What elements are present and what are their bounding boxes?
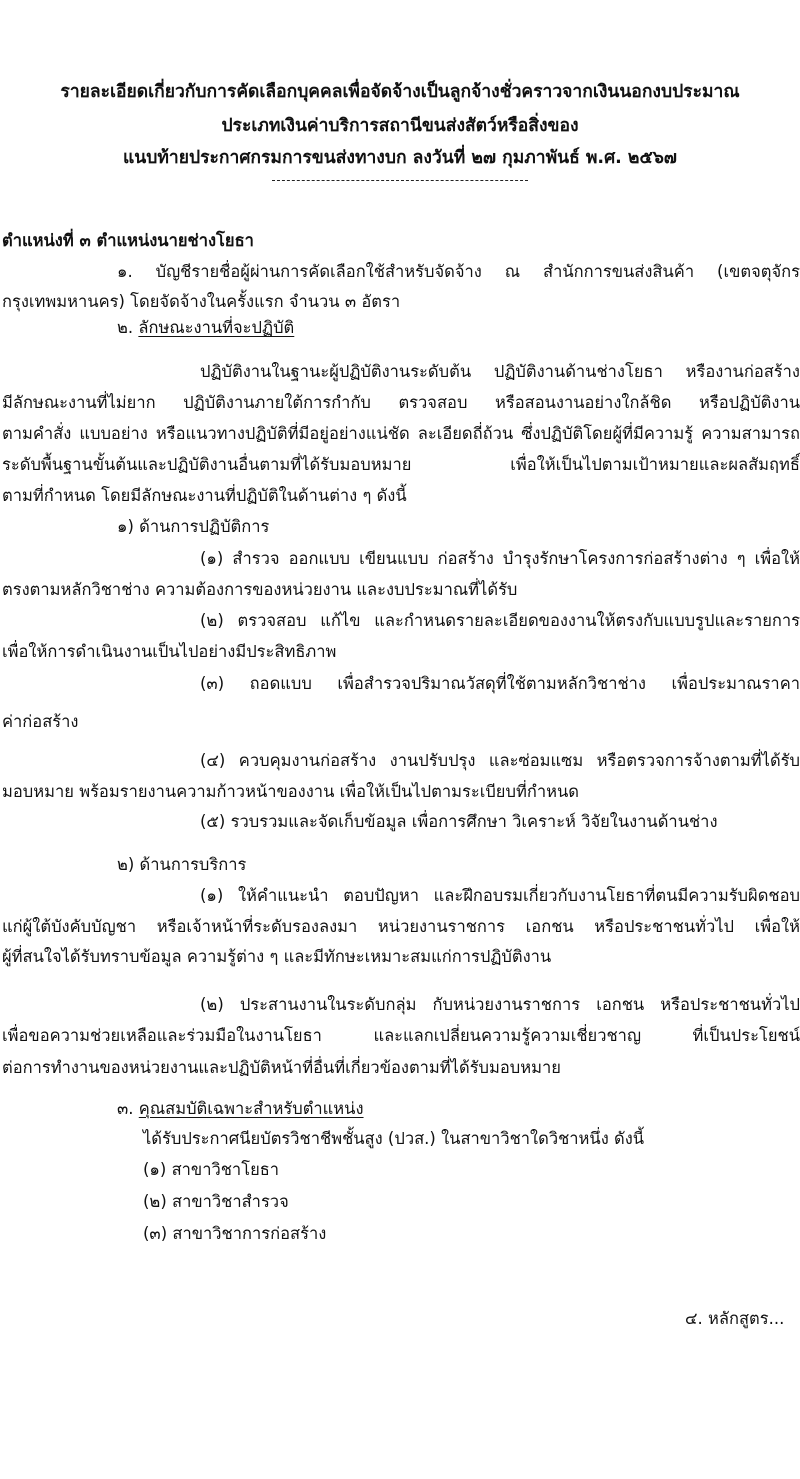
section3-intro: ได้รับประกาศนียบัตรวิชาชีพชั้นสูง (ปวส.)…	[143, 1127, 644, 1151]
document-title-line-1: รายละเอียดเกี่ยวกับการคัดเลือกบุคคลเพื่อ…	[0, 80, 800, 104]
services-heading: ๒) ด้านการบริการ	[117, 853, 246, 877]
title-separator	[272, 180, 528, 181]
document-title-line-3: แนบท้ายประกาศกรมการขนส่งทางบก ลงวันที่ ๒…	[0, 146, 800, 170]
qualification-item-3: (๓) สาขาวิชาการก่อสร้าง	[143, 1222, 326, 1246]
section3-heading: ๓. คุณสมบัติเฉพาะสำหรับตำแหน่ง	[117, 1097, 364, 1121]
section2-heading: ๒. ลักษณะงานที่จะปฏิบัติ	[117, 316, 294, 340]
section2-intro-line3: ตามคำสั่ง แบบอย่าง หรือแนวทางปฏิบัติที่ม…	[2, 422, 800, 446]
document-page: รายละเอียดเกี่ยวกับการคัดเลือกบุคคลเพื่อ…	[0, 0, 800, 1479]
services-item-2-rest2: ต่อการทำงานของหน่วยงานและปฏิบัติหน้าที่อ…	[2, 1056, 561, 1080]
section2-intro-line5: ตามที่กำหนด โดยมีลักษณะงานที่ปฏิบัติในด้…	[2, 484, 407, 508]
operations-item-3-rest: ค่าก่อสร้าง	[2, 710, 78, 734]
services-item-1-first: (๑) ให้คำแนะนำ ตอบปัญหา และฝึกอบรมเกี่ยว…	[200, 884, 800, 908]
section3-title: คุณสมบัติเฉพาะสำหรับตำแหน่ง	[139, 1099, 364, 1118]
section2-title: ลักษณะงานที่จะปฏิบัติ	[138, 318, 294, 337]
section2-number: ๒.	[117, 318, 133, 337]
services-item-2-rest1: เพื่อขอความช่วยเหลือและร่วมมือในงานโยธา …	[2, 1024, 800, 1048]
services-item-1-rest2: ผู้ที่สนใจได้รับทราบข้อมูล ความรู้ต่าง ๆ…	[2, 945, 551, 969]
continuation-marker: ๔. หลักสูตร...	[685, 1307, 784, 1331]
section2-intro-line2: มีลักษณะงานที่ไม่ยาก ปฏิบัติงานภายใต้การ…	[2, 391, 800, 415]
section2-intro-line1: ปฏิบัติงานในฐานะผู้ปฏิบัติงานระดับต้น ปฏ…	[200, 360, 800, 384]
operations-item-3-first: (๓) ถอดแบบ เพื่อสำรวจปริมาณวัสดุที่ใช้ตา…	[200, 672, 800, 696]
operations-item-2-first: (๒) ตรวจสอบ แก้ไข และกำหนดรายละเอียดของง…	[200, 609, 800, 633]
services-item-2-first: (๒) ประสานงานในระดับกลุ่ม กับหน่วยงานราช…	[200, 993, 800, 1017]
qualification-item-2: (๒) สาขาวิชาสำรวจ	[143, 1190, 289, 1214]
operations-item-1-first: (๑) สำรวจ ออกแบบ เขียนแบบ ก่อสร้าง บำรุง…	[200, 547, 800, 571]
operations-item-5-first: (๕) รวบรวมและจัดเก็บข้อมูล เพื่อการศึกษา…	[200, 810, 718, 834]
section1-line2: กรุงเทพมหานคร) โดยจัดจ้างในครั้งแรก จำนว…	[2, 290, 400, 314]
section3-number: ๓.	[117, 1099, 134, 1118]
operations-heading: ๑) ด้านการปฏิบัติการ	[117, 515, 269, 539]
services-item-1-rest1: แก่ผู้ใต้บังคับบัญชา หรือเจ้าหน้าที่ระดั…	[2, 915, 800, 939]
operations-item-4-first: (๔) ควบคุมงานก่อสร้าง งานปรับปรุง และซ่อ…	[200, 749, 800, 773]
operations-item-4-rest: มอบหมาย พร้อมรายงานความก้าวหน้าของงาน เพ…	[2, 780, 579, 804]
section2-intro-line4: ระดับพื้นฐานขั้นต้นและปฏิบัติงานอื่นตามท…	[2, 453, 800, 477]
section1-line1: ๑. บัญชีรายชื่อผู้ผ่านการคัดเลือกใช้สำหร…	[117, 260, 800, 284]
position-heading: ตำแหน่งที่ ๓ ตำแหน่งนายช่างโยธา	[2, 229, 254, 253]
operations-item-2-rest: เพื่อให้การดำเนินงานเป็นไปอย่างมีประสิทธ…	[2, 640, 336, 664]
operations-item-1-rest: ตรงตามหลักวิชาช่าง ความต้องการของหน่วยงา…	[2, 578, 517, 602]
qualification-item-1: (๑) สาขาวิชาโยธา	[143, 1158, 279, 1182]
document-title-line-2: ประเภทเงินค่าบริการสถานีขนส่งสัตว์หรือสิ…	[0, 114, 800, 138]
